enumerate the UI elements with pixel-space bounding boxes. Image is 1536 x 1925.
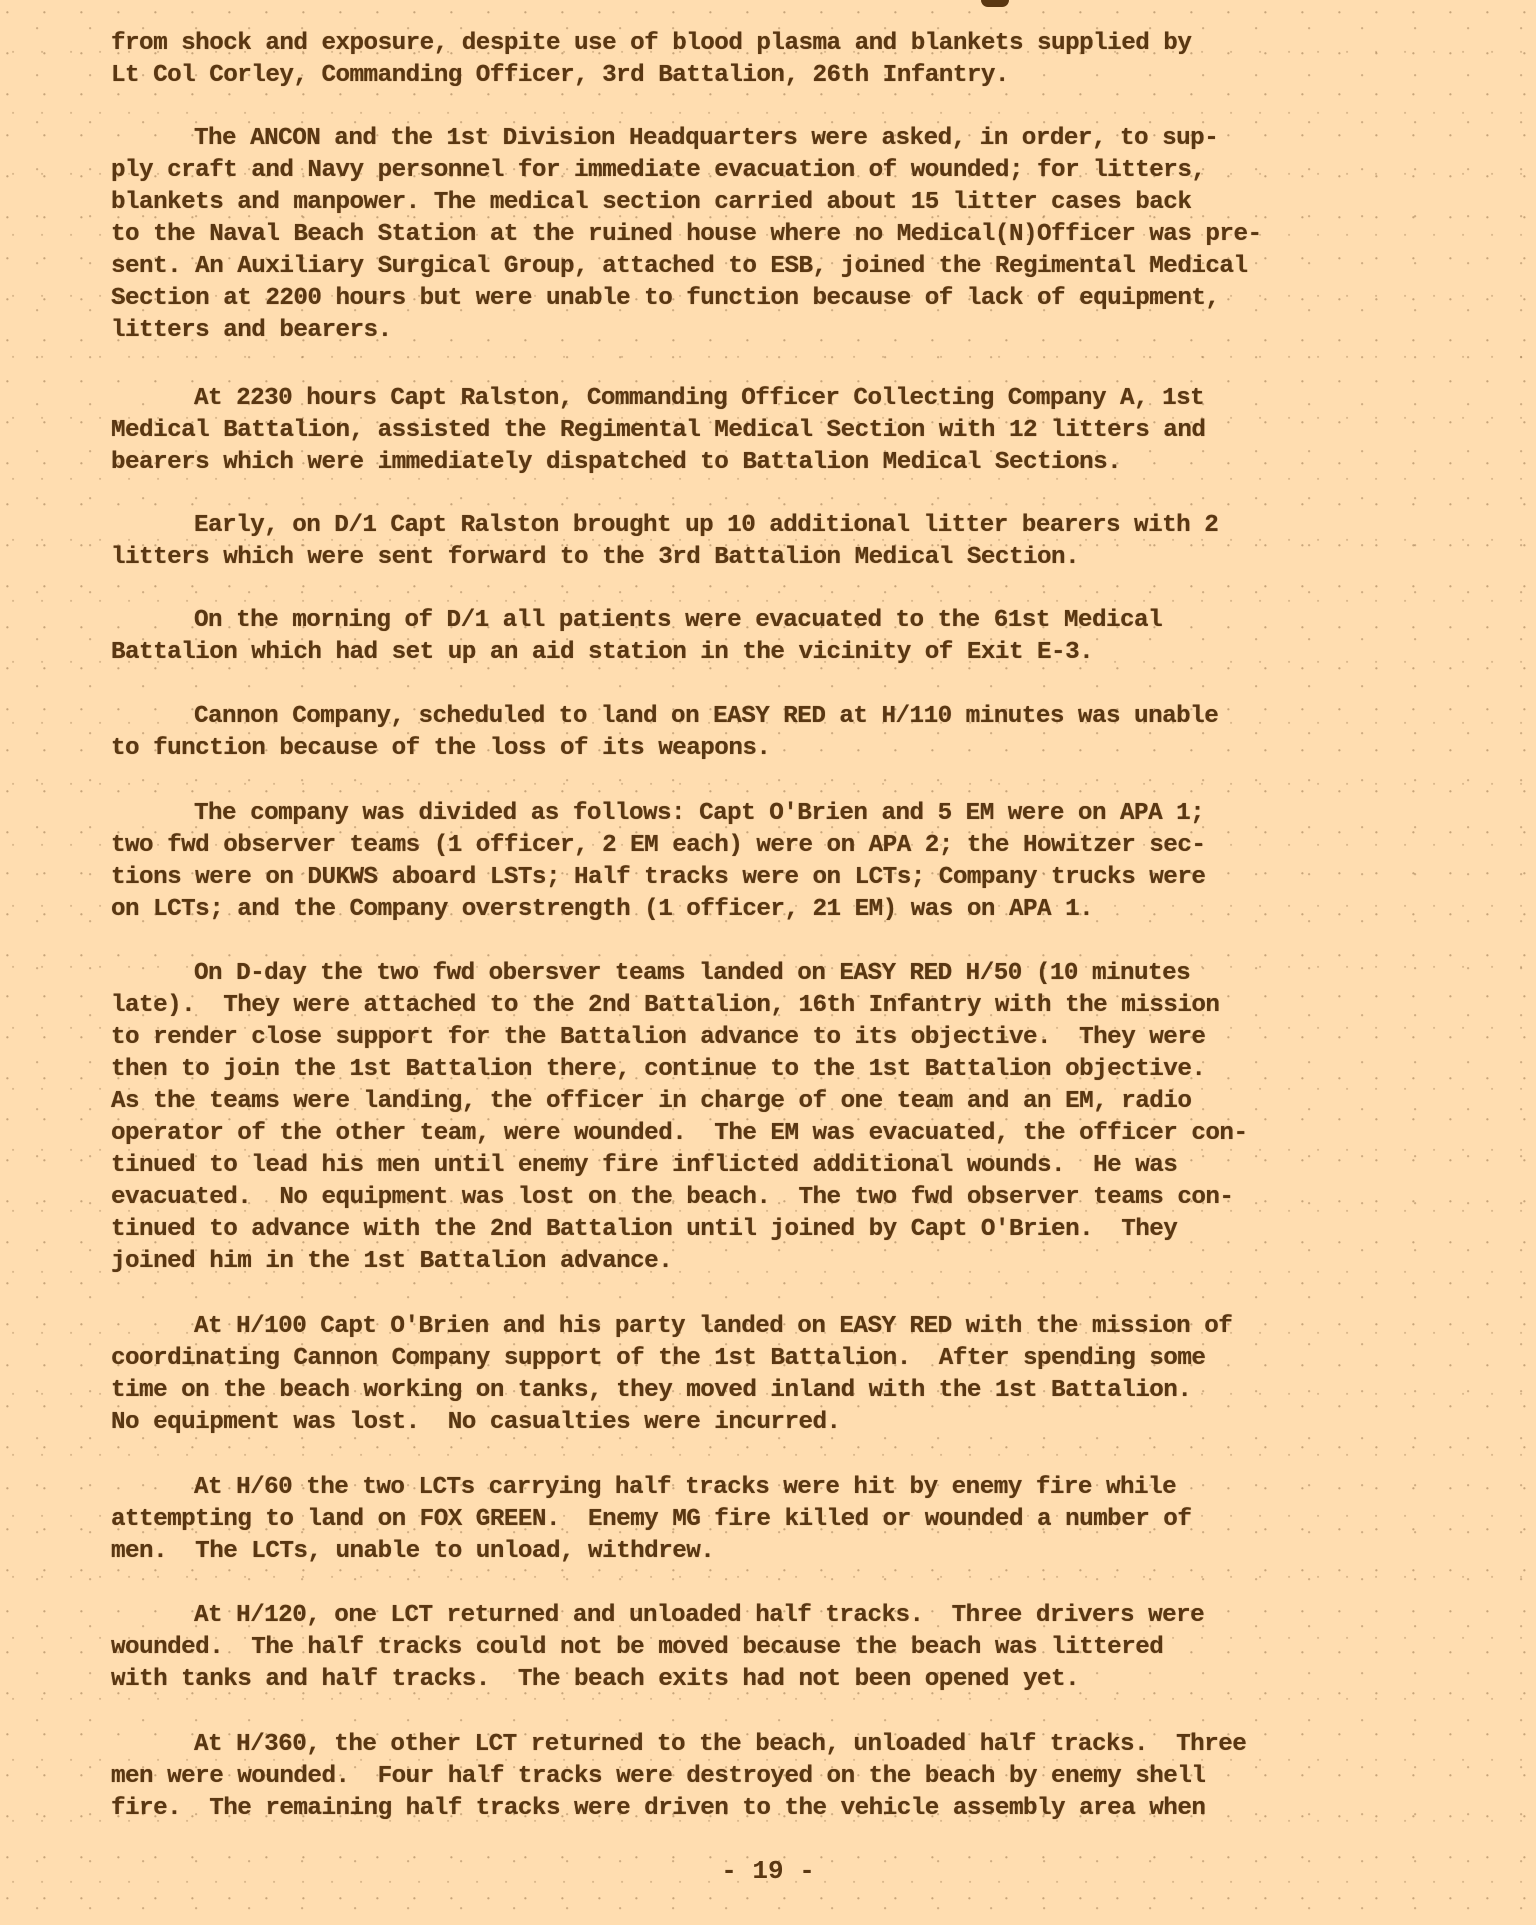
paragraph: At H/120, one LCT returned and unloaded … — [111, 1600, 1431, 1696]
text-line: fire. The remaining half tracks were dri… — [111, 1793, 1431, 1825]
text-line: to function because of the loss of its w… — [111, 733, 1431, 765]
text-line: At H/60 the two LCTs carrying half track… — [111, 1472, 1431, 1504]
paragraph: At H/60 the two LCTs carrying half track… — [111, 1472, 1431, 1568]
text-line: men. The LCTs, unable to unload, withdre… — [111, 1536, 1431, 1568]
paragraph: At 2230 hours Capt Ralston, Commanding O… — [111, 383, 1431, 479]
text-line: Cannon Company, scheduled to land on EAS… — [111, 701, 1431, 733]
text-line: tinued to lead his men until enemy fire … — [111, 1150, 1431, 1182]
text-line: from shock and exposure, despite use of … — [111, 28, 1431, 60]
text-line: At 2230 hours Capt Ralston, Commanding O… — [111, 383, 1431, 415]
text-line: On the morning of D/1 all patients were … — [111, 605, 1431, 637]
text-line: litters which were sent forward to the 3… — [111, 542, 1431, 574]
text-line: Battalion which had set up an aid statio… — [111, 637, 1431, 669]
text-line: Early, on D/1 Capt Ralston brought up 10… — [111, 510, 1431, 542]
paragraph: On D-day the two fwd obersver teams land… — [111, 958, 1431, 1278]
text-line: tions were on DUKWS aboard LSTs; Half tr… — [111, 862, 1431, 894]
text-line: wounded. The half tracks could not be mo… — [111, 1632, 1431, 1664]
text-line: late). They were attached to the 2nd Bat… — [111, 990, 1431, 1022]
paragraph: The company was divided as follows: Capt… — [111, 798, 1431, 926]
text-line: The ANCON and the 1st Division Headquart… — [111, 123, 1431, 155]
text-line: At H/120, one LCT returned and unloaded … — [111, 1600, 1431, 1632]
text-line: time on the beach working on tanks, they… — [111, 1375, 1431, 1407]
text-line: attempting to land on FOX GREEN. Enemy M… — [111, 1504, 1431, 1536]
ink-blot — [981, 0, 1009, 7]
text-line: two fwd observer teams (1 officer, 2 EM … — [111, 830, 1431, 862]
text-line: on LCTs; and the Company overstrength (1… — [111, 894, 1431, 926]
paragraph: Early, on D/1 Capt Ralston brought up 10… — [111, 510, 1431, 574]
text-line: operator of the other team, were wounded… — [111, 1118, 1431, 1150]
paragraph: The ANCON and the 1st Division Headquart… — [111, 123, 1431, 347]
text-line: tinued to advance with the 2nd Battalion… — [111, 1214, 1431, 1246]
text-line: At H/360, the other LCT returned to the … — [111, 1729, 1431, 1761]
text-line: to render close support for the Battalio… — [111, 1022, 1431, 1054]
paragraph: At H/360, the other LCT returned to the … — [111, 1729, 1431, 1825]
text-line: ply craft and Navy personnel for immedia… — [111, 155, 1431, 187]
paragraph: At H/100 Capt O'Brien and his party land… — [111, 1311, 1431, 1439]
text-line: The company was divided as follows: Capt… — [111, 798, 1431, 830]
text-line: then to join the 1st Battalion there, co… — [111, 1054, 1431, 1086]
text-line: On D-day the two fwd obersver teams land… — [111, 958, 1431, 990]
paragraph: from shock and exposure, despite use of … — [111, 28, 1431, 92]
text-line: blankets and manpower. The medical secti… — [111, 187, 1431, 219]
text-line: evacuated. No equipment was lost on the … — [111, 1182, 1431, 1214]
page-number: - 19 - — [0, 1856, 1536, 1886]
text-line: Section at 2200 hours but were unable to… — [111, 283, 1431, 315]
text-line: to the Naval Beach Station at the ruined… — [111, 219, 1431, 251]
text-line: At H/100 Capt O'Brien and his party land… — [111, 1311, 1431, 1343]
text-line: joined him in the 1st Battalion advance. — [111, 1246, 1431, 1278]
text-line: men were wounded. Four half tracks were … — [111, 1761, 1431, 1793]
paragraph: On the morning of D/1 all patients were … — [111, 605, 1431, 669]
text-line: No equipment was lost. No casualties wer… — [111, 1407, 1431, 1439]
paragraph: Cannon Company, scheduled to land on EAS… — [111, 701, 1431, 765]
text-line: bearers which were immediately dispatche… — [111, 447, 1431, 479]
text-line: litters and bearers. — [111, 315, 1431, 347]
text-line: Lt Col Corley, Commanding Officer, 3rd B… — [111, 60, 1431, 92]
text-line: sent. An Auxiliary Surgical Group, attac… — [111, 251, 1431, 283]
text-line: coordinating Cannon Company support of t… — [111, 1343, 1431, 1375]
text-line: with tanks and half tracks. The beach ex… — [111, 1664, 1431, 1696]
text-line: Medical Battalion, assisted the Regiment… — [111, 415, 1431, 447]
text-line: As the teams were landing, the officer i… — [111, 1086, 1431, 1118]
